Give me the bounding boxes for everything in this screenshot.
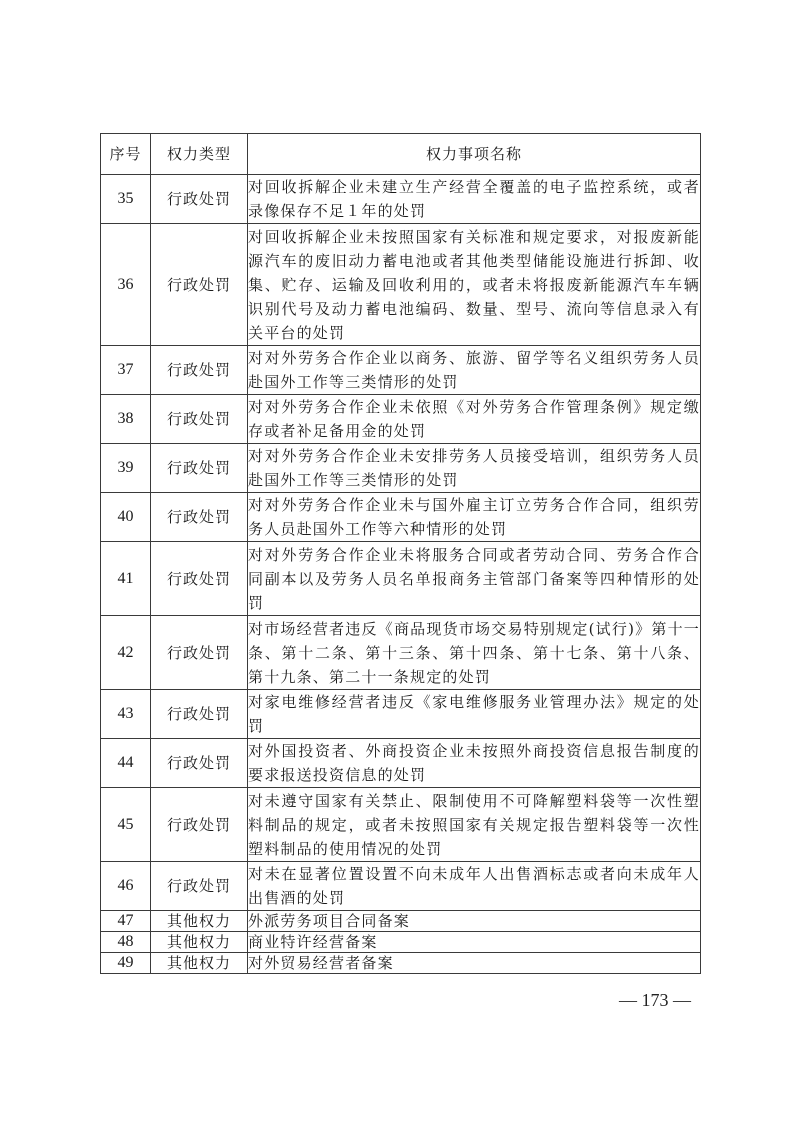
cell-name: 对回收拆解企业未按照国家有关标准和规定要求，对报废新能源汽车的废旧动力蓄电池或者… — [248, 224, 701, 346]
cell-type: 其他权力 — [151, 932, 248, 953]
cell-no: 35 — [101, 175, 151, 224]
cell-name: 商业特许经营备案 — [248, 932, 701, 953]
cell-name: 对外贸易经营者备案 — [248, 953, 701, 974]
cell-name: 对未遵守国家有关禁止、限制使用不可降解塑料袋等一次性塑料制品的规定，或者未按照国… — [248, 788, 701, 862]
cell-type: 其他权力 — [151, 953, 248, 974]
cell-type: 行政处罚 — [151, 862, 248, 911]
cell-no: 44 — [101, 739, 151, 788]
cell-type: 行政处罚 — [151, 690, 248, 739]
cell-type: 行政处罚 — [151, 395, 248, 444]
table-row: 48其他权力商业特许经营备案 — [101, 932, 701, 953]
cell-type: 其他权力 — [151, 911, 248, 932]
cell-type: 行政处罚 — [151, 346, 248, 395]
cell-no: 46 — [101, 862, 151, 911]
cell-name: 对对外劳务合作企业未与国外雇主订立劳务合作合同，组织劳务人员赴国外工作等六种情形… — [248, 493, 701, 542]
cell-name: 对对外劳务合作企业未安排劳务人员接受培训，组织劳务人员赴国外工作等三类情形的处罚 — [248, 444, 701, 493]
table-row: 43行政处罚对家电维修经营者违反《家电维修服务业管理办法》规定的处罚 — [101, 690, 701, 739]
cell-no: 48 — [101, 932, 151, 953]
header-no: 序号 — [101, 134, 151, 175]
cell-name: 对外国投资者、外商投资企业未按照外商投资信息报告制度的要求报送投资信息的处罚 — [248, 739, 701, 788]
cell-type: 行政处罚 — [151, 175, 248, 224]
cell-name: 对对外劳务合作企业未将服务合同或者劳动合同、劳务合作合同副本以及劳务人员名单报商… — [248, 542, 701, 616]
table-row: 37行政处罚对对外劳务合作企业以商务、旅游、留学等名义组织劳务人员赴国外工作等三… — [101, 346, 701, 395]
cell-name: 对对外劳务合作企业以商务、旅游、留学等名义组织劳务人员赴国外工作等三类情形的处罚 — [248, 346, 701, 395]
table-row: 42行政处罚对市场经营者违反《商品现货市场交易特别规定(试行)》第十一条、第十二… — [101, 616, 701, 690]
header-name: 权力事项名称 — [248, 134, 701, 175]
cell-name: 对市场经营者违反《商品现货市场交易特别规定(试行)》第十一条、第十二条、第十三条… — [248, 616, 701, 690]
table-row: 49其他权力对外贸易经营者备案 — [101, 953, 701, 974]
cell-no: 36 — [101, 224, 151, 346]
cell-type: 行政处罚 — [151, 739, 248, 788]
cell-name: 对家电维修经营者违反《家电维修服务业管理办法》规定的处罚 — [248, 690, 701, 739]
header-type: 权力类型 — [151, 134, 248, 175]
cell-no: 41 — [101, 542, 151, 616]
cell-name: 对回收拆解企业未建立生产经营全覆盖的电子监控系统，或者录像保存不足１年的处罚 — [248, 175, 701, 224]
cell-name: 外派劳务项目合同备案 — [248, 911, 701, 932]
cell-type: 行政处罚 — [151, 224, 248, 346]
cell-type: 行政处罚 — [151, 493, 248, 542]
cell-type: 行政处罚 — [151, 616, 248, 690]
table-row: 41行政处罚对对外劳务合作企业未将服务合同或者劳动合同、劳务合作合同副本以及劳务… — [101, 542, 701, 616]
table-row: 35行政处罚对回收拆解企业未建立生产经营全覆盖的电子监控系统，或者录像保存不足１… — [101, 175, 701, 224]
table-row: 45行政处罚对未遵守国家有关禁止、限制使用不可降解塑料袋等一次性塑料制品的规定，… — [101, 788, 701, 862]
table-row: 46行政处罚对未在显著位置设置不向未成年人出售酒标志或者向未成年人出售酒的处罚 — [101, 862, 701, 911]
table-row: 44行政处罚对外国投资者、外商投资企业未按照外商投资信息报告制度的要求报送投资信… — [101, 739, 701, 788]
cell-no: 47 — [101, 911, 151, 932]
table-row: 47其他权力外派劳务项目合同备案 — [101, 911, 701, 932]
table-row: 40行政处罚对对外劳务合作企业未与国外雇主订立劳务合作合同，组织劳务人员赴国外工… — [101, 493, 701, 542]
table-row: 38行政处罚对对外劳务合作企业未依照《对外劳务合作管理条例》规定缴存或者补足备用… — [101, 395, 701, 444]
page-number: — 173 — — [600, 990, 710, 1011]
cell-no: 45 — [101, 788, 151, 862]
document-page: 序号 权力类型 权力事项名称 35行政处罚对回收拆解企业未建立生产经营全覆盖的电… — [0, 0, 793, 1122]
cell-type: 行政处罚 — [151, 788, 248, 862]
cell-no: 39 — [101, 444, 151, 493]
cell-no: 43 — [101, 690, 151, 739]
cell-type: 行政处罚 — [151, 542, 248, 616]
cell-no: 38 — [101, 395, 151, 444]
cell-no: 40 — [101, 493, 151, 542]
cell-type: 行政处罚 — [151, 444, 248, 493]
table-row: 36行政处罚对回收拆解企业未按照国家有关标准和规定要求，对报废新能源汽车的废旧动… — [101, 224, 701, 346]
cell-name: 对对外劳务合作企业未依照《对外劳务合作管理条例》规定缴存或者补足备用金的处罚 — [248, 395, 701, 444]
cell-name: 对未在显著位置设置不向未成年人出售酒标志或者向未成年人出售酒的处罚 — [248, 862, 701, 911]
table-row: 39行政处罚对对外劳务合作企业未安排劳务人员接受培训，组织劳务人员赴国外工作等三… — [101, 444, 701, 493]
cell-no: 37 — [101, 346, 151, 395]
cell-no: 49 — [101, 953, 151, 974]
table-header-row: 序号 权力类型 权力事项名称 — [101, 134, 701, 175]
power-items-table: 序号 权力类型 权力事项名称 35行政处罚对回收拆解企业未建立生产经营全覆盖的电… — [100, 133, 701, 974]
cell-no: 42 — [101, 616, 151, 690]
